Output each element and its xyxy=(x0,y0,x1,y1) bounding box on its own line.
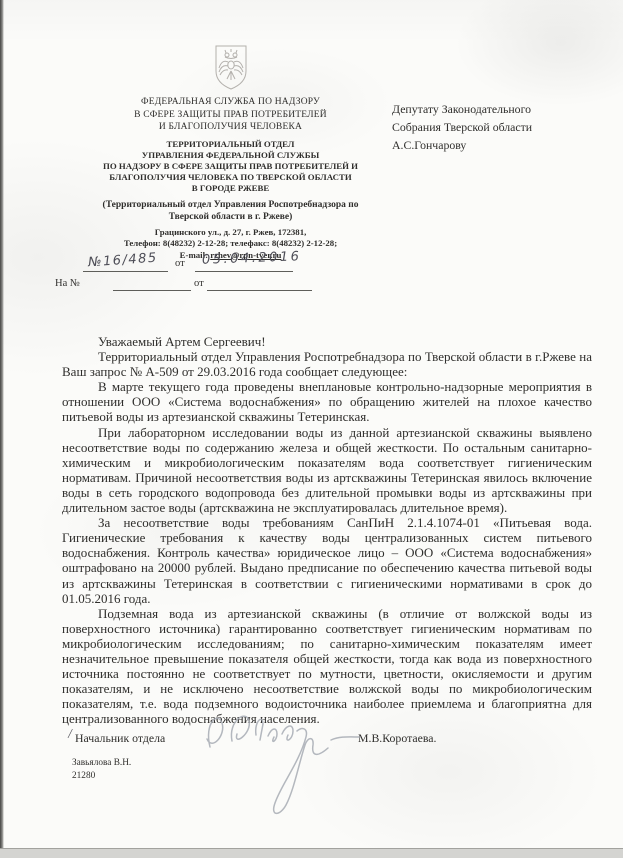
letter-body: Уважаемый Артем Сергеевич! Территориальн… xyxy=(62,334,592,726)
outgoing-number-row: №16/485 от 05.04.2016 xyxy=(55,256,335,275)
recipient-line: Депутату Законодательного xyxy=(392,100,532,118)
salutation: Уважаемый Артем Сергеевич! xyxy=(62,334,592,349)
na-number-label: На № xyxy=(55,278,80,289)
org-name-line: И БЛАГОПОЛУЧИЯ ЧЕЛОВЕКА xyxy=(38,121,423,134)
incoming-number-row: На № от xyxy=(55,275,335,294)
scan-bottom-edge xyxy=(0,848,623,858)
recipient-line: Собрания Тверской области xyxy=(392,118,532,136)
phone-fax-line: Телефон: 8(48232) 2-12-28; телефакс: 8(4… xyxy=(38,238,423,250)
pen-mark: / xyxy=(67,727,73,743)
body-paragraph: При лабораторном исследовании воды из да… xyxy=(62,425,592,516)
postal-address: Грацинского ул., д. 27, г. Ржев, 172381, xyxy=(38,227,423,239)
letterhead: ФЕДЕРАЛЬНАЯ СЛУЖБА ПО НАДЗОРУ В СФЕРЕ ЗА… xyxy=(38,44,423,261)
recipient-block: Депутату Законодательного Собрания Тверс… xyxy=(392,100,532,154)
incoming-number-blank xyxy=(113,290,191,291)
org-name-line: ФЕДЕРАЛЬНАЯ СЛУЖБА ПО НАДЗОРУ xyxy=(38,96,423,109)
signer-name: М.В.Коротаева. xyxy=(358,731,436,746)
executor-phone: 21280 xyxy=(72,770,131,783)
recipient-line: А.С.Гончарову xyxy=(392,136,532,154)
handwritten-signature-icon xyxy=(200,695,365,815)
body-paragraph: В марте текущего года проведены внеплано… xyxy=(62,379,592,424)
signer-position: Начальник отдела xyxy=(75,731,165,746)
department-name: ТЕРРИТОРИАЛЬНЫЙ ОТДЕЛ УПРАВЛЕНИЯ ФЕДЕРАЛ… xyxy=(38,139,423,194)
org-name-line: В СФЕРЕ ЗАЩИТЫ ПРАВ ПОТРЕБИТЕЛЕЙ xyxy=(38,109,423,122)
russia-coat-of-arms-icon xyxy=(213,44,249,91)
date-blank-line xyxy=(195,271,293,272)
executor-block: Завьялова В.Н. 21280 xyxy=(72,757,131,782)
body-paragraph: Территориальный отдел Управления Роспотр… xyxy=(62,349,592,379)
org-short-name: (Территориальный отдел Управления Роспот… xyxy=(38,199,423,224)
scan-left-edge xyxy=(0,0,4,858)
number-blank-line xyxy=(83,271,168,272)
handwritten-date: 05.04.2016 xyxy=(202,249,302,267)
incoming-date-blank xyxy=(207,290,312,291)
ot-label: от xyxy=(175,258,185,269)
reference-block: №16/485 от 05.04.2016 На № от xyxy=(55,256,335,294)
body-paragraph: За несоответствие воды требованиям СанПи… xyxy=(62,515,592,606)
scanned-letter-page: ФЕДЕРАЛЬНАЯ СЛУЖБА ПО НАДЗОРУ В СФЕРЕ ЗА… xyxy=(0,0,623,858)
executor-name: Завьялова В.Н. xyxy=(72,757,131,770)
ot-label: от xyxy=(194,278,204,289)
